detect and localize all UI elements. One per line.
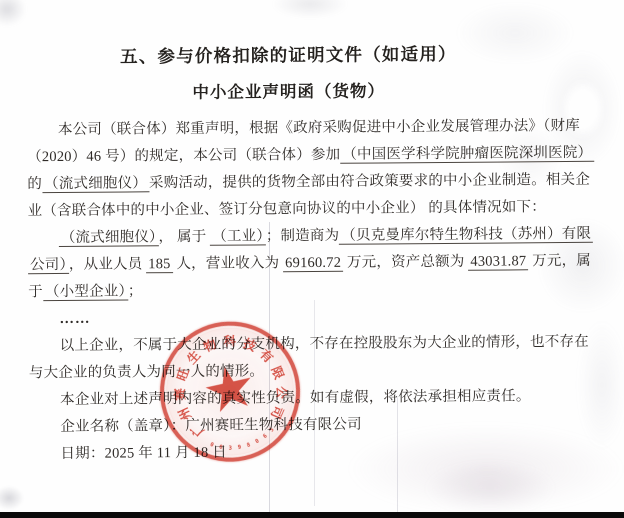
doc-line: 以上企业，不属于大企业的分支机构，不存在控股股东为大企业的情形，也不存在 xyxy=(29,329,623,361)
filled-blank: 43031.87 xyxy=(468,253,528,270)
filled-blank: （小型企业） xyxy=(43,283,128,301)
doc-text: 以上企业，不属于大企业的分支机构，不存在控股股东为大企业的情形，也不存在 xyxy=(60,334,589,354)
page-title: 中小企业声明函（货物） xyxy=(0,76,579,105)
doc-line: 公司），从业人员 185 人，营业收入为 69160.72 万元，资产总额为 4… xyxy=(28,248,622,280)
filled-blank: （流式细胞仪） xyxy=(42,175,149,193)
seal-company-char: 科 xyxy=(222,332,237,347)
doc-text: ，从业人员 xyxy=(69,256,146,273)
doc-text: 人，营业收入为 xyxy=(173,255,284,272)
filled-blank: 公司） xyxy=(28,257,69,274)
seal-company-char: 赛 xyxy=(170,386,186,402)
filled-blank: 69160.72 xyxy=(283,255,343,272)
doc-text: 万元，属 xyxy=(528,253,591,269)
doc-text: （2020）46 号）的规定，本公司（联合体）参加 xyxy=(27,147,340,165)
seal-code-digit: 3 xyxy=(226,444,233,451)
doc-text: 的 xyxy=(27,176,42,192)
filled-blank: （贝克曼库尔特生物科技（苏州）有限 xyxy=(339,226,593,245)
doc-text: 业（含联合体中的中小企业、签订分包意向协议的中小企业） 的具体情况如下： xyxy=(28,199,546,219)
doc-line: 日期：2025 年 11 月 18 日 xyxy=(29,437,623,469)
bottom-scan-bar xyxy=(0,512,624,518)
doc-text: 采购活动，提供的货物全部由符合政策要求的中小企业制造。相关企 xyxy=(149,172,590,191)
doc-text: 本公司（联合体）郑重声明，根据《政府采购促进中小企业发展管理办法》（财库 xyxy=(58,118,580,138)
doc-text: ；制造商为 xyxy=(266,228,340,245)
seal-code-digit: 9 xyxy=(235,443,243,451)
seal-company-char: 公 xyxy=(274,385,289,400)
filled-blank: 185 xyxy=(146,256,172,273)
document-page: 五、参与价格扣除的证明文件（如适用） 中小企业声明函（货物） 本公司（联合体）郑… xyxy=(0,0,624,518)
filled-blank: （工业） xyxy=(210,228,266,245)
title-block: 五、参与价格扣除的证明文件（如适用） 中小企业声明函（货物） xyxy=(0,40,579,105)
filled-blank: （流式细胞仪） xyxy=(59,229,159,247)
doc-text: ， 属于 xyxy=(158,229,210,245)
doc-text: 于 xyxy=(28,284,43,300)
seal-code-digit: 0 xyxy=(216,443,224,451)
doc-text: ； xyxy=(128,283,143,299)
document-body: 本公司（联合体）郑重声明，根据《政府采购促进中小企业发展管理办法》（财库（202… xyxy=(27,113,624,469)
section-title: 五、参与价格扣除的证明文件（如适用） xyxy=(0,40,578,70)
company-seal: ★ 广州赛旺生物科技有限公司 00398065 xyxy=(147,308,314,475)
seal-code-digit: 8 xyxy=(244,440,253,449)
doc-text: 万元，资产总额为 xyxy=(343,254,468,271)
document-sheet: 五、参与价格扣除的证明文件（如适用） 中小企业声明函（货物） 本公司（联合体）郑… xyxy=(0,0,624,518)
doc-text: …… xyxy=(59,311,90,327)
filled-blank: （中国医学科学院肿瘤医院深圳医院） xyxy=(340,145,594,164)
